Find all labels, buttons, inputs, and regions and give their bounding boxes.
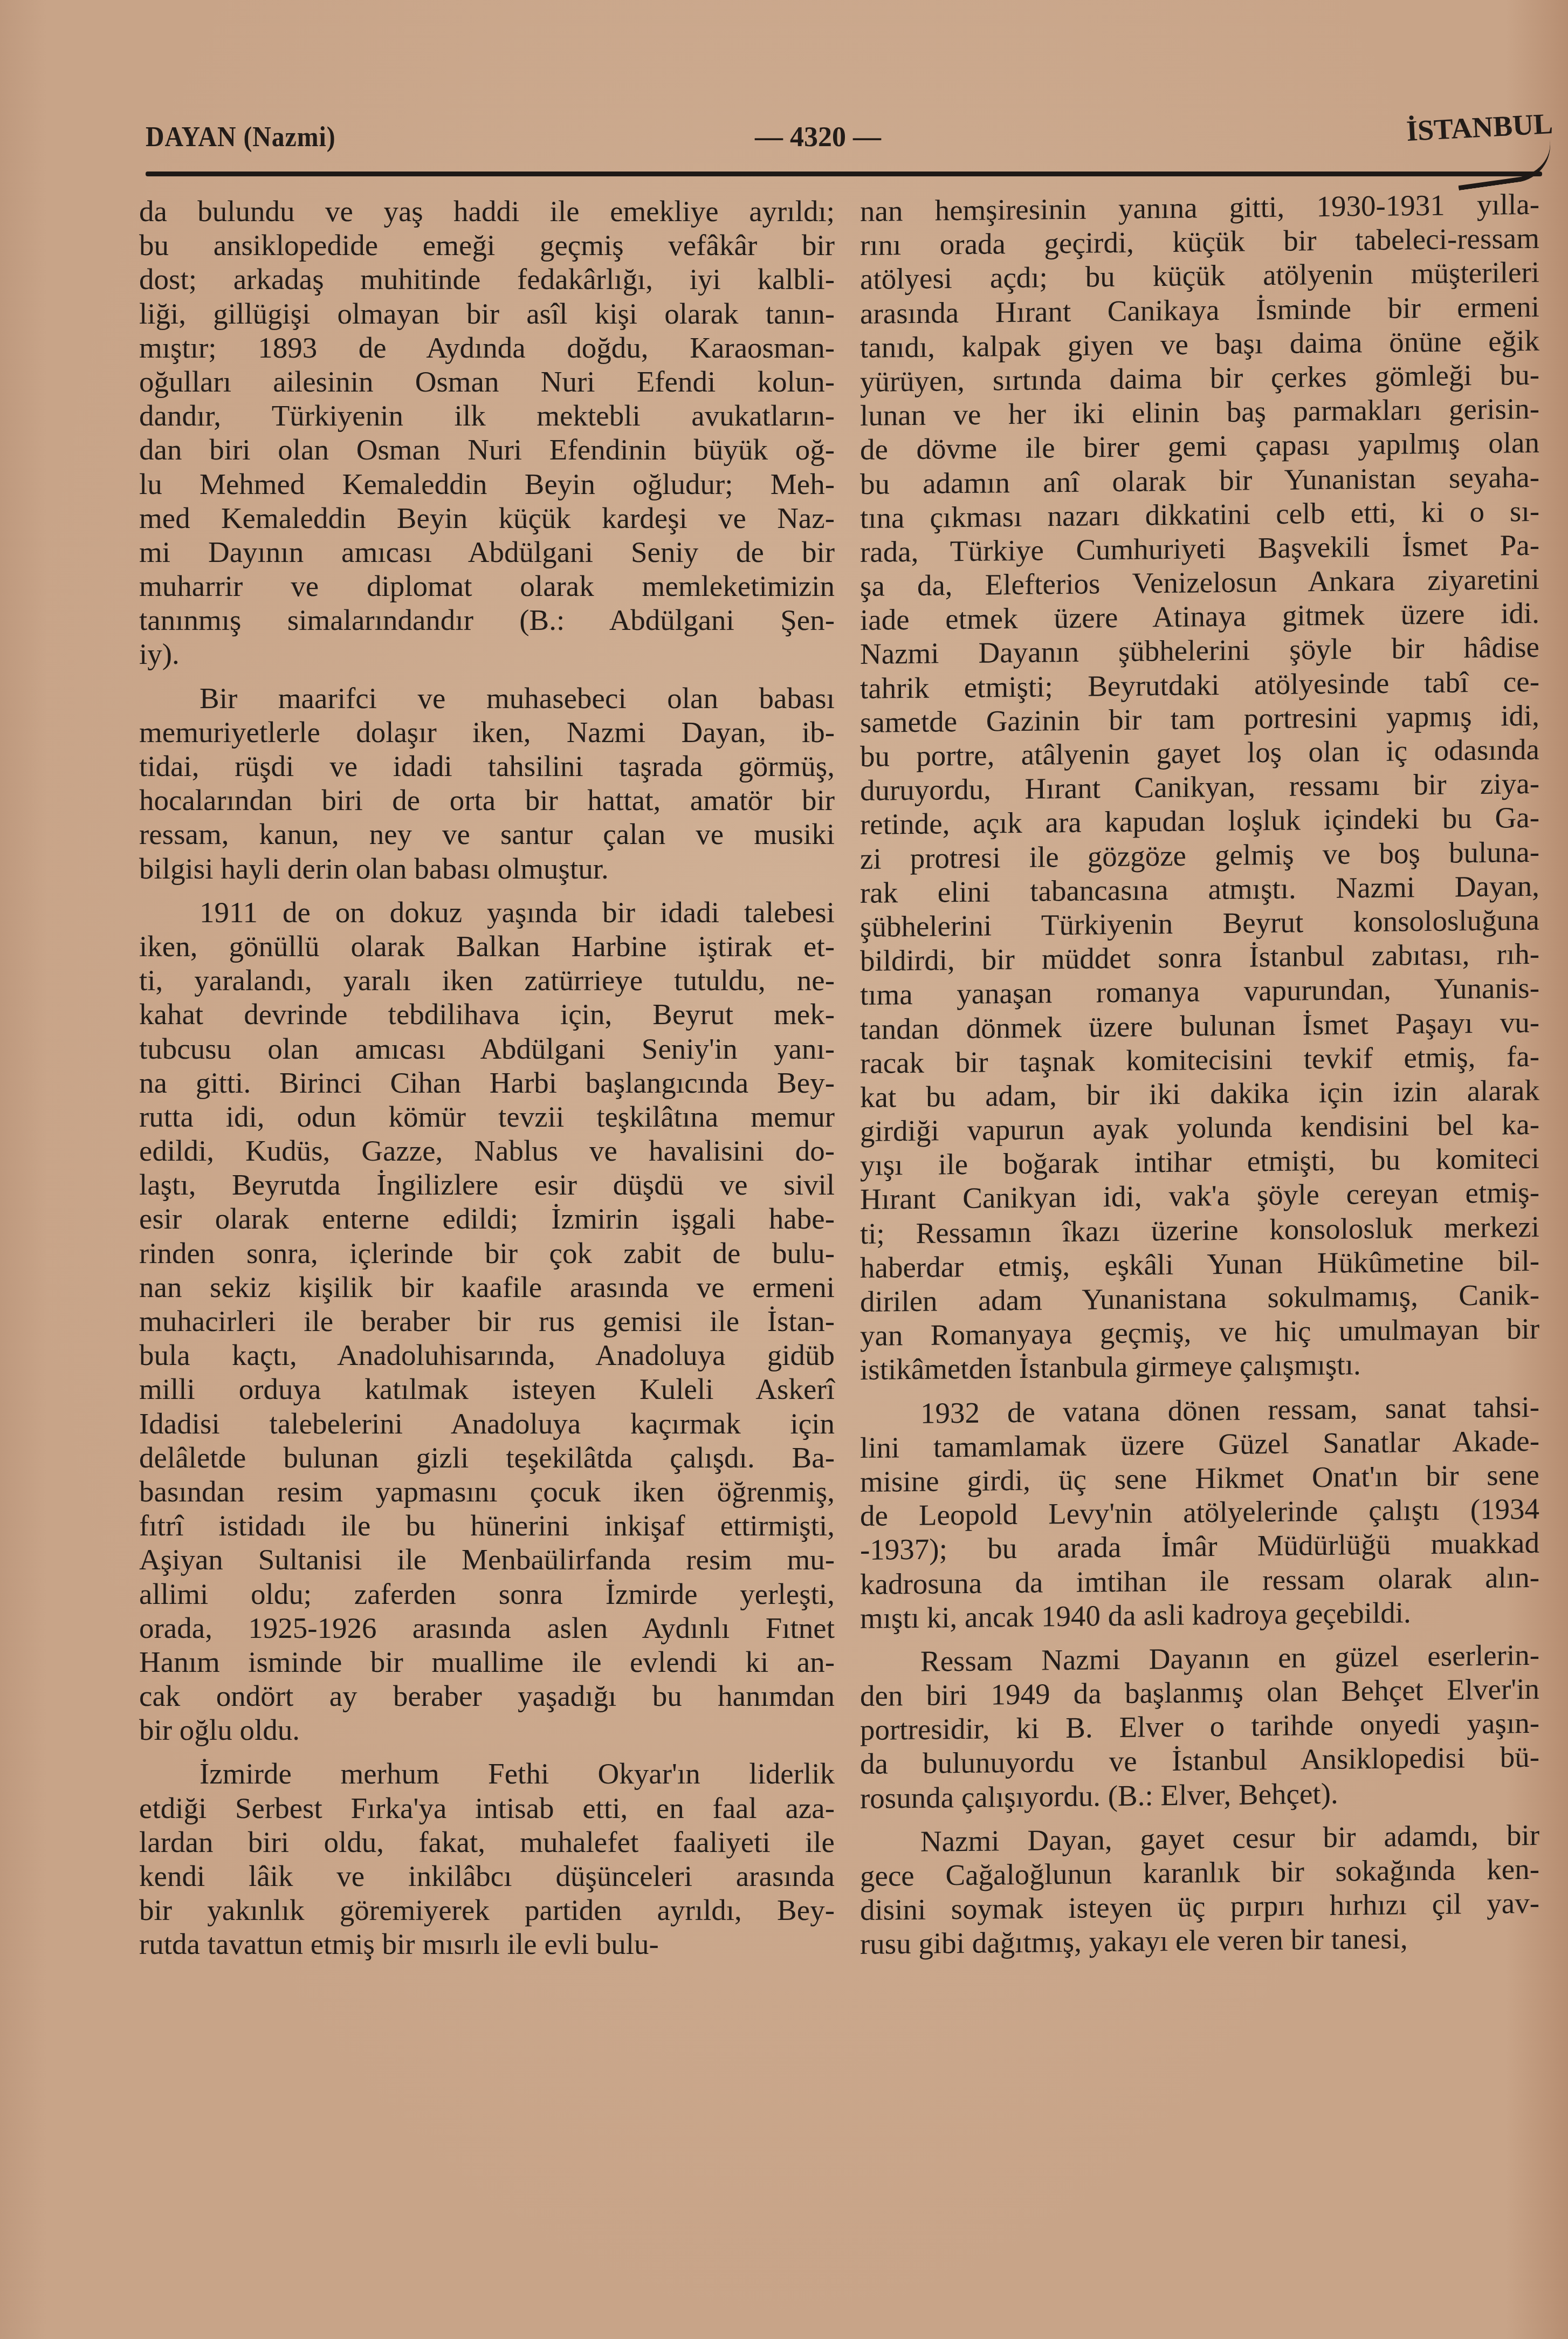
text-line: memuriyetlerle dolaşır iken, Nazmi Dayan… [139,715,835,749]
text-line: edildi, Kudüs, Gazze, Nablus ve havalisi… [139,1134,835,1168]
text-line: muharrir ve diplomat olarak memleketimiz… [139,569,835,603]
paragraph: da bulundu ve yaş haddi ile emekliye ayr… [139,194,835,671]
text-line: mıştı ki, ancak 1940 da asli kadroya geç… [860,1594,1539,1635]
text-line: bula kaçtı, Anadoluhisarında, Anadoluya … [139,1338,835,1372]
text-line: rinden sonra, içlerinde bir çok zabit de… [139,1236,835,1270]
text-line: ressam, kanun, ney ve santur çalan ve mu… [139,817,835,851]
text-line: dan biri olan Osman Nuri Efendinin büyük… [139,433,835,467]
text-line: tidai, rüşdi ve idadi tahsilini taşrada … [139,749,835,783]
text-line: mi Dayının amıcası Abdülgani Seniy de bi… [139,535,835,569]
text-line: rusu gibi dağıtmış, yakayı ele veren bir… [860,1920,1539,1961]
text-line: kahat devrinde tebdilihava için, Beyrut … [139,997,835,1031]
text-line: bir yakınlık göremiyerek partiden ayrıld… [139,1893,835,1927]
text-line: tanınmış simalarındandır (B.: Abdülgani … [139,603,835,637]
text-line: esir olarak enterne edildi; İzmirin işga… [139,1202,835,1236]
page-header: DAYAN (Nazmi) — 4320 — İSTANBUL [146,121,1568,159]
text-line: mıştır; 1893 de Aydında doğdu, Karaosman… [139,331,835,365]
paragraph: Bir maarifci ve muhasebeci olan babasıme… [139,681,835,886]
text-line: basından resim yapmasını çocuk iken öğre… [139,1474,835,1508]
left-column: da bulundu ve yaş haddi ile emekliye ayr… [139,194,835,1961]
page-number: — 4320 — [755,121,881,153]
text-line: bir oğlu oldu. [139,1713,835,1747]
text-line: oğulları ailesinin Osman Nuri Efendi kol… [139,365,835,399]
text-line: laştı, Beyrutda İngilizlere esir düşdü v… [139,1168,835,1202]
text-line: hocalarından biri de orta bir hattat, am… [139,783,835,817]
text-line: fıtrî istidadı ile bu hünerini inkişaf e… [139,1508,835,1542]
text-line: rutta idi, odun kömür tevzii teşkilâtına… [139,1100,835,1134]
text-line: tubcusu olan amıcası Abdülgani Seniy'in … [139,1032,835,1066]
text-line: kendi lâik ve inkilâbcı düşünceleri aras… [139,1859,835,1893]
text-line: allimi oldu; zaferden sonra İzmirde yerl… [139,1577,835,1611]
text-line: liği, gillügişi olmayan bir asîl kişi ol… [139,297,835,331]
text-line: Aşiyan Sultanisi ile Menbaülirfanda resi… [139,1542,835,1576]
encyclopedia-page: DAYAN (Nazmi) — 4320 — İSTANBUL da bulun… [0,0,1568,2339]
text-line: İzmirde merhum Fethi Okyar'ın liderlik [139,1757,835,1791]
text-line: Hanım isminde bir muallime ile evlendi k… [139,1645,835,1679]
text-line: 1911 de on dokuz yaşında bir idadi taleb… [139,895,835,929]
text-line: med Kemaleddin Beyin küçük kardeşi ve Na… [139,501,835,535]
text-line: iy). [139,637,835,671]
paragraph: İzmirde merhum Fethi Okyar'ın liderliket… [139,1757,835,1961]
paragraph: 1911 de on dokuz yaşında bir idadi taleb… [139,895,835,1747]
text-line: iken, gönüllü olarak Balkan Harbine işti… [139,929,835,963]
text-line: Bir maarifci ve muhasebeci olan babası [139,681,835,715]
text-line: Idadisi talebelerini Anadoluya kaçırmak … [139,1407,835,1441]
text-line: rosunda çalışıyordu. (B.: Elver, Behçet)… [860,1774,1539,1815]
text-line: bu ansiklopedide emeği geçmiş vefâkâr bi… [139,228,835,262]
paragraph: nan hemşiresinin yanına gitti, 1930-1931… [860,194,1539,1387]
paragraph-gap [139,1747,835,1757]
text-line: istikâmetden İstanbula girmeye çalışmışt… [860,1346,1539,1387]
text-line: nan sekiz kişilik bir kaafile arasında v… [139,1270,835,1304]
text-line: lardan biri oldu, fakat, muhalefet faali… [139,1825,835,1859]
paragraph: Nazmi Dayan, gayet cesur bir adamdı, bir… [860,1825,1539,1961]
section-title: İSTANBUL [1405,107,1553,148]
text-line: cak ondört ay beraber yaşadığı bu hanımd… [139,1679,835,1713]
text-line: dandır, Türkiyenin ilk mektebli avukatla… [139,399,835,433]
text-line: muhacirleri ile beraber bir rus gemisi i… [139,1304,835,1338]
entry-title: DAYAN (Nazmi) [146,121,336,153]
text-line: da bulundu ve yaş haddi ile emekliye ayr… [139,194,835,228]
text-line: milli orduya katılmak isteyen Kuleli Ask… [139,1372,835,1406]
text-line: orada, 1925-1926 arasında aslen Aydınlı … [139,1611,835,1645]
paragraph: Ressam Nazmi Dayanın en güzel eserlerin-… [860,1645,1539,1815]
text-line: delâletde bulunan gizli teşekilâtda çalı… [139,1441,835,1474]
text-line: lu Mehmed Kemaleddin Beyin oğludur; Meh- [139,467,835,501]
paragraph-gap [139,671,835,681]
right-column: nan hemşiresinin yanına gitti, 1930-1931… [860,194,1539,1961]
text-line: dost; arkadaş muhitinde fedakârlığı, iyi… [139,262,835,296]
paragraph: 1932 de vatana dönen ressam, sanat tahsi… [860,1397,1539,1635]
text-line: rutda tavattun etmiş bir mısırlı ile evl… [139,1927,835,1961]
paragraph-gap [139,886,835,895]
text-line: ti, yaralandı, yaralı iken zatürrieye tu… [139,963,835,997]
header-rule [146,172,1542,176]
text-line: bilgisi hayli derin olan babası olmuştur… [139,852,835,886]
text-line: na gitti. Birinci Cihan Harbi başlangıcı… [139,1066,835,1100]
text-line: etdiği Serbest Fırka'ya intisab etti, en… [139,1791,835,1825]
